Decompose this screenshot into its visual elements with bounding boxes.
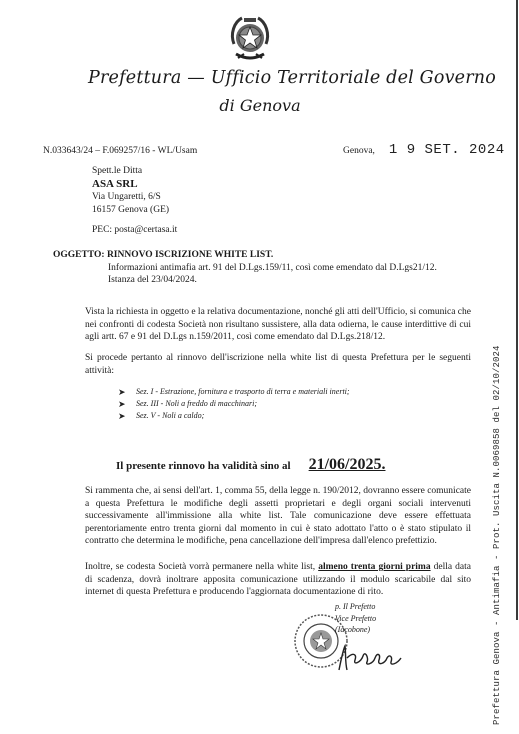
deadline-emphasis: almeno trenta giorni prima (318, 562, 430, 572)
signature-line-vice-prefect: Vice Prefetto (335, 613, 376, 625)
activity-text: Sez. V - Noli a caldo; (136, 410, 204, 422)
subject-label: OGGETTO: (53, 250, 105, 260)
protocol-reference: N.033643/24 – F.069257/16 - WL/Usam (43, 146, 197, 156)
validity-text: Il presente rinnovo ha validità sino al (116, 460, 291, 472)
recipient-address-line1: Via Ungaretti, 6/S (92, 191, 169, 204)
place: Genova, (343, 146, 375, 156)
validity-statement: Il presente rinnovo ha validità sino al … (116, 456, 386, 474)
italian-republic-emblem-icon (228, 14, 272, 66)
validity-date: 21/06/2025. (309, 456, 386, 473)
subject-title: RINNOVO ISCRIZIONE WHITE LIST. (107, 250, 273, 260)
paragraph-renewal-deadline: Inoltre, se codesta Società vorrà perman… (53, 561, 471, 599)
paragraph-renewal: Si procede pertanto al rinnovo dell'iscr… (53, 352, 471, 377)
handwritten-signature-icon (335, 640, 415, 674)
paragraph-renewal-deadline-text: Inoltre, se codesta Società vorrà perman… (53, 561, 471, 599)
paragraph-renewal-text: Si procede pertanto al rinnovo dell'iscr… (53, 352, 471, 377)
arrow-bullet-icon: ➤ (118, 398, 136, 410)
protocol-side-stamp: Prefettura Genova - Antimafia - Prot. Us… (492, 345, 502, 725)
recipient-address-line2: 16157 Genova (GE) (92, 204, 169, 217)
signature-block: p. Il Prefetto Vice Prefetto (Iacobone) (335, 601, 376, 636)
paragraph-findings-text: Vista la richiesta in oggetto e la relat… (53, 306, 471, 344)
activity-item: ➤ Sez. III - Noli a freddo di macchinari… (118, 398, 350, 410)
paragraph-obligations: Si rammenta che, ai sensi dell'art. 1, c… (53, 485, 471, 548)
letter-page: Prefettura — Ufficio Territoriale del Go… (0, 0, 519, 734)
recipient-block: Spett.le Ditta ASA SRL Via Ungaretti, 6/… (92, 165, 169, 217)
paragraph-findings: Vista la richiesta in oggetto e la relat… (53, 306, 471, 344)
activity-item: ➤ Sez. I - Estrazione, fornitura e trasp… (118, 386, 350, 398)
paragraph-obligations-text: Si rammenta che, ai sensi dell'art. 1, c… (53, 485, 471, 548)
date-stamp: 1 9 SET. 2024 (389, 142, 505, 158)
subject-reference: Informazioni antimafia art. 91 del D.Lgs… (53, 262, 437, 275)
recipient-pec: PEC: posta@certasa.it (92, 225, 177, 235)
deadline-text-before: Inoltre, se codesta Società vorrà perman… (85, 562, 318, 572)
activity-text: Sez. I - Estrazione, fornitura e traspor… (136, 386, 350, 398)
arrow-bullet-icon: ➤ (118, 410, 136, 422)
letterhead-title: Prefettura — Ufficio Territoriale del Go… (88, 68, 428, 88)
activity-text: Sez. III - Noli a freddo di macchinari; (136, 398, 257, 410)
signature-line-name: (Iacobone) (335, 624, 376, 636)
activities-list: ➤ Sez. I - Estrazione, fornitura e trasp… (118, 386, 350, 422)
subject-block: OGGETTO: RINNOVO ISCRIZIONE WHITE LIST. … (53, 249, 437, 287)
subject-application: Istanza del 23/04/2024. (53, 274, 437, 287)
activity-item: ➤ Sez. V - Noli a caldo; (118, 410, 350, 422)
letterhead-subtitle: di Genova (200, 96, 320, 115)
place-and-date: Genova, 1 9 SET. 2024 (343, 140, 505, 158)
recipient-name: ASA SRL (92, 178, 169, 191)
page-edge-line (516, 0, 518, 620)
recipient-salutation: Spett.le Ditta (92, 165, 169, 178)
signature-line-prefect: p. Il Prefetto (335, 601, 376, 613)
arrow-bullet-icon: ➤ (118, 386, 136, 398)
